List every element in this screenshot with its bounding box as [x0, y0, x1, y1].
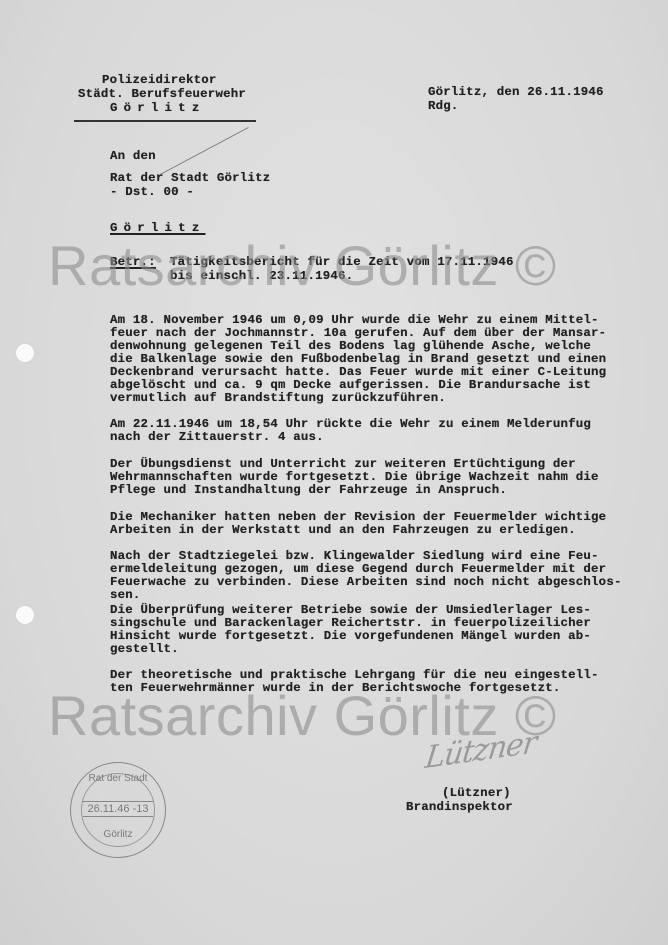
- sender-line-2: Städt. Berufsfeuerwehr: [78, 88, 246, 101]
- text-line: Pflege und Instandhaltung der Fahrzeuge …: [110, 484, 668, 497]
- signatory-title: Brandinspektor: [406, 801, 513, 814]
- paragraph-false-alarm: Am 22.11.1946 um 18,54 Uhr rückte die We…: [110, 418, 668, 444]
- pen-stroke: [160, 127, 249, 175]
- stamp-top-text: Rat der Stadt: [71, 773, 165, 784]
- text-line: vermutlich auf Brandstiftung zurückzufüh…: [110, 392, 668, 405]
- watermark-top: Ratsarchiv Görlitz ©: [48, 238, 557, 294]
- punch-hole-bottom: [16, 606, 34, 624]
- signatory-name: (Lützner): [442, 787, 511, 800]
- paragraph-alarm-line: Nach der Stadtziegelei bzw. Klingewalder…: [110, 550, 668, 602]
- text-line: Hinsicht wurde fortgesetzt. Die vorgefun…: [110, 630, 668, 643]
- punch-hole-top: [16, 344, 34, 362]
- sender-line-1: Polizeidirektor: [102, 74, 217, 87]
- text-line: gestellt.: [110, 643, 668, 656]
- text-line: Arbeiten in der Werkstatt und an den Fah…: [110, 524, 668, 537]
- recipient-name: Rat der Stadt Görlitz: [110, 172, 270, 185]
- stamp-date: 26.11.46 -13: [83, 801, 153, 817]
- stamp-bottom-text: Görlitz: [71, 829, 165, 840]
- document-page: Polizeidirektor Städt. Berufsfeuerwehr G…: [0, 0, 668, 945]
- text-line: nach der Zittauerstr. 4 aus.: [110, 431, 668, 444]
- sender-underline: [74, 120, 256, 122]
- sender-city: Görlitz: [110, 102, 205, 115]
- paragraph-fire-report: Am 18. November 1946 um 0,09 Uhr wurde d…: [110, 314, 668, 405]
- recipient-department: - Dst. 00 -: [110, 186, 194, 199]
- paragraph-inspections: Die Überprüfung weiterer Betriebe sowie …: [110, 604, 668, 656]
- text-line: sen.: [110, 589, 668, 602]
- reference-mark: Rdg.: [428, 100, 459, 113]
- text-line: Feuerwache zu verbinden. Diese Arbeiten …: [110, 576, 668, 589]
- recipient-salutation: An den: [110, 150, 156, 163]
- receipt-stamp: Rat der Stadt 26.11.46 -13 Görlitz: [70, 762, 166, 858]
- paragraph-training: Der Übungsdienst und Unterricht zur weit…: [110, 458, 668, 497]
- place-date: Görlitz, den 26.11.1946: [428, 86, 604, 99]
- paragraph-mechanics: Die Mechaniker hatten neben der Revision…: [110, 511, 668, 537]
